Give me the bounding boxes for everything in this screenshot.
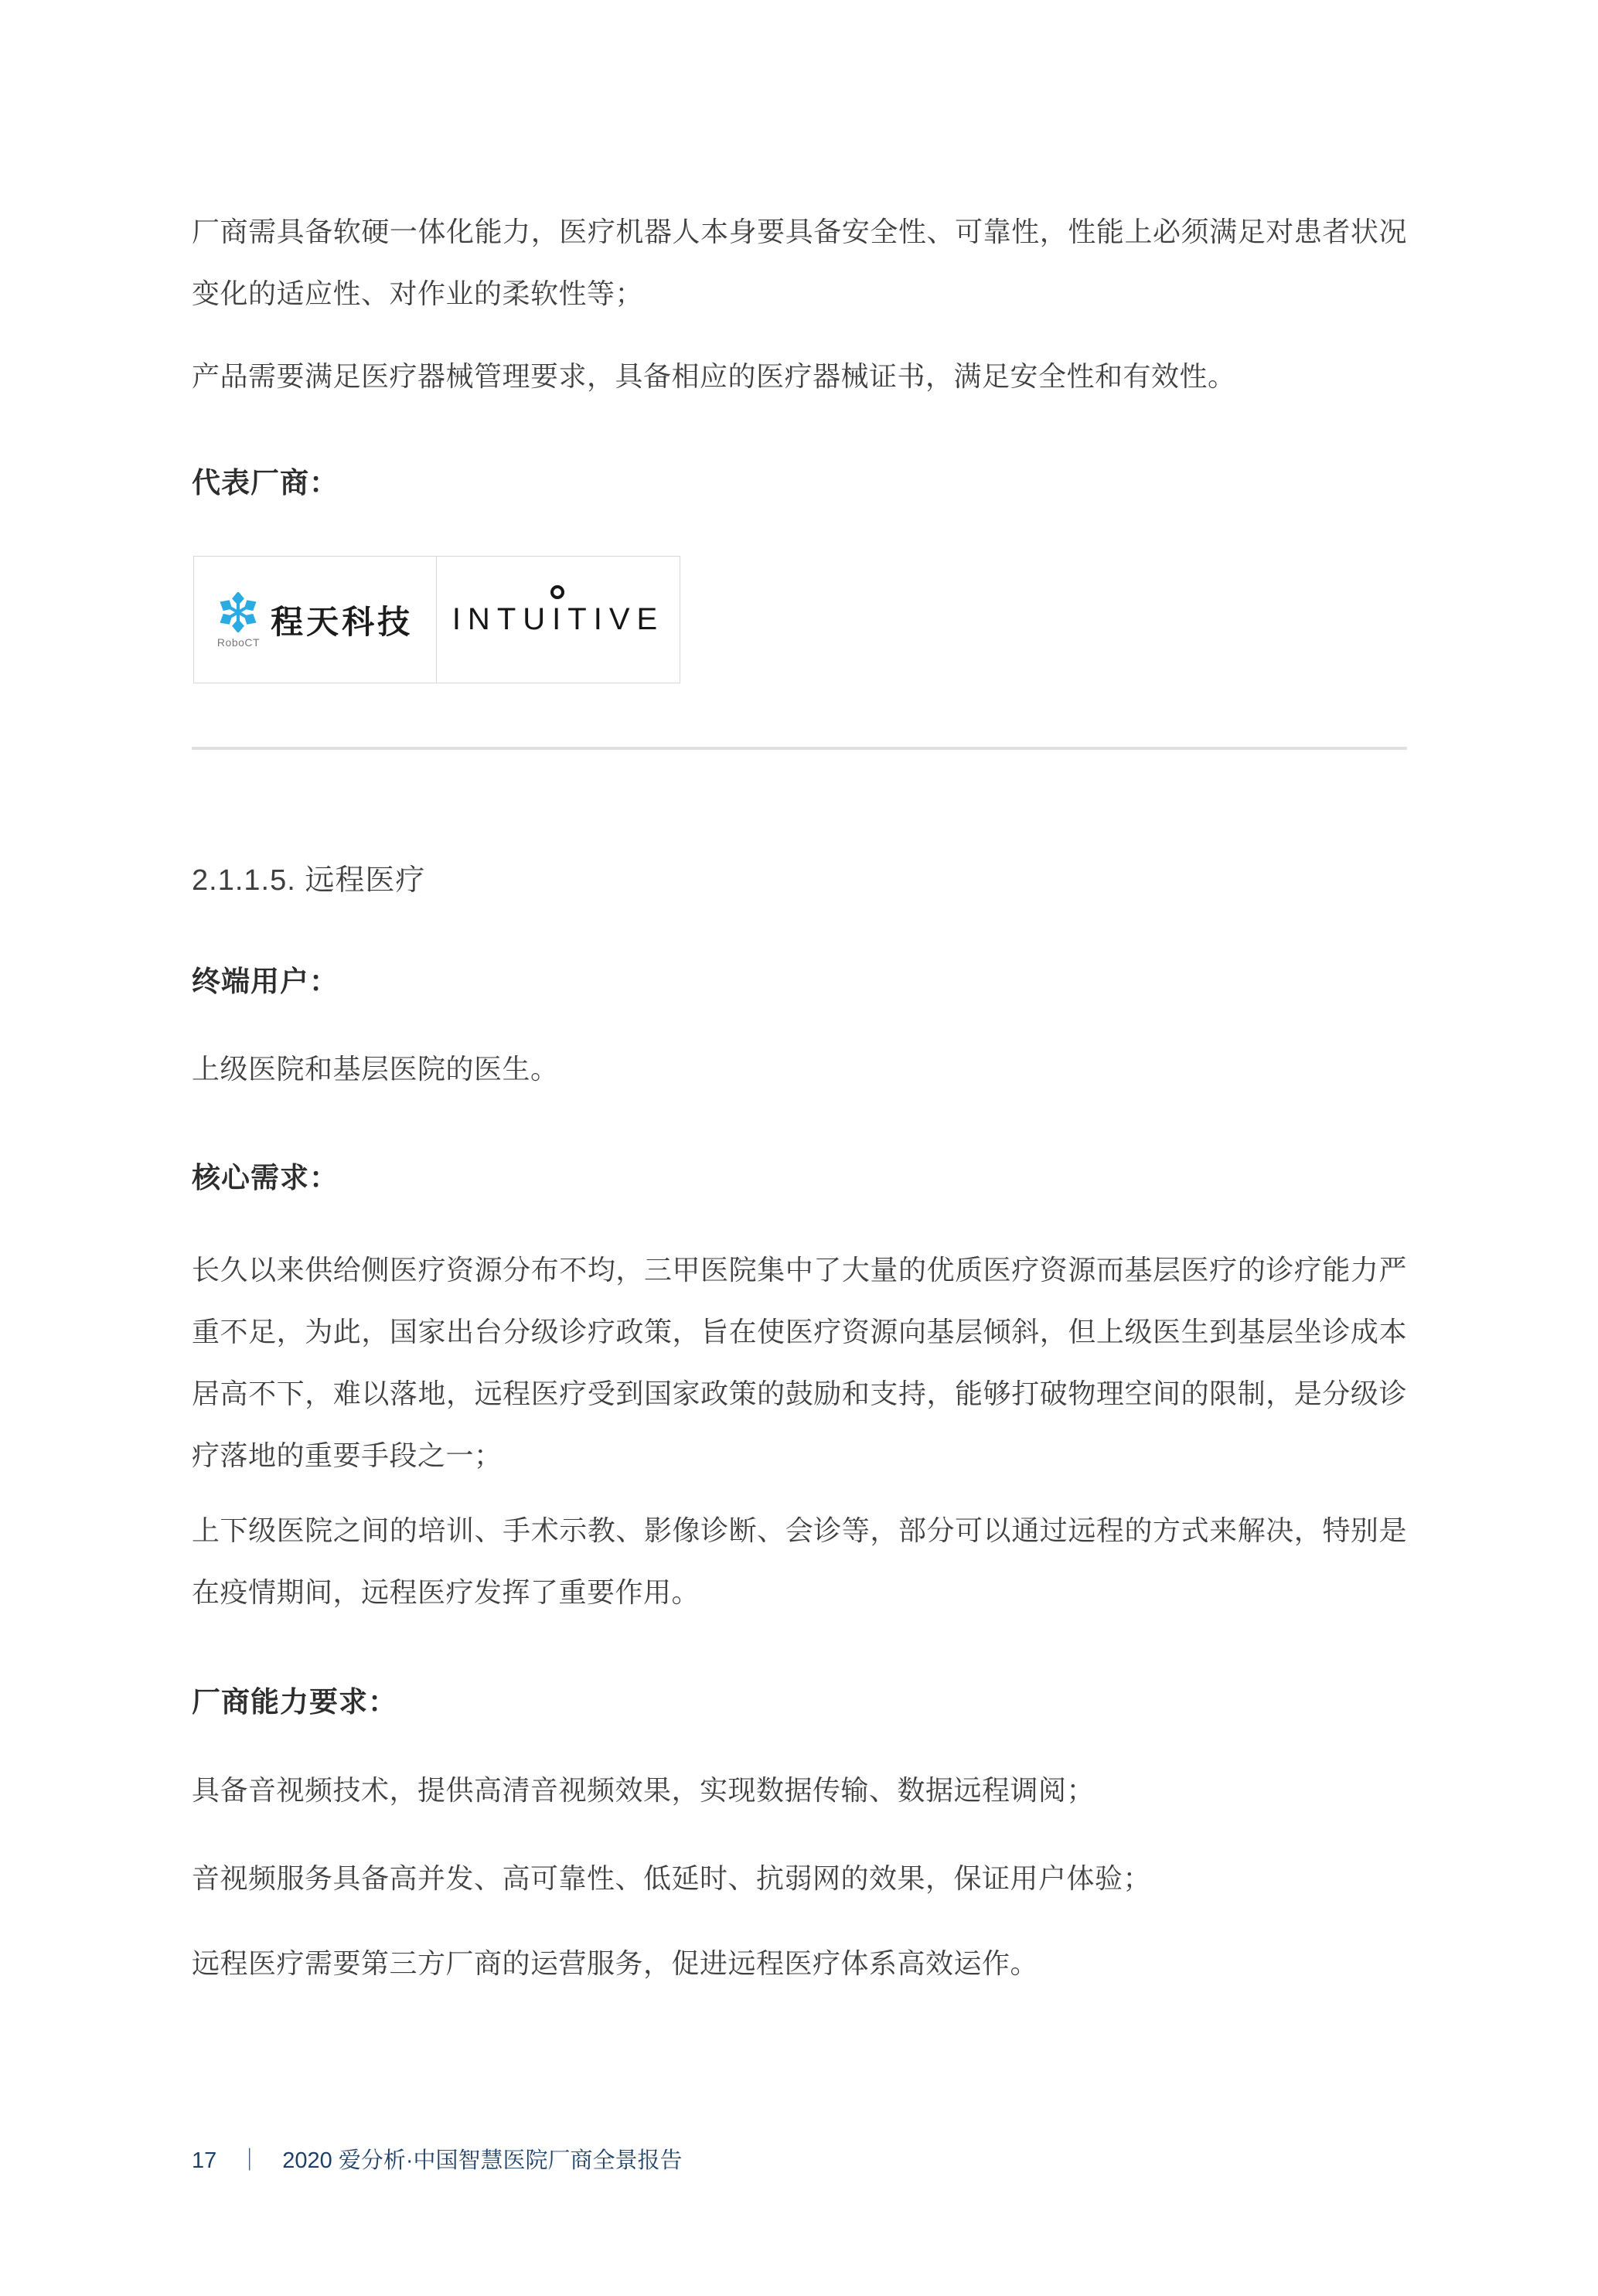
intuitive-dotted-i-letter: I <box>552 602 567 636</box>
heading-end-users: 终端用户： <box>192 951 1407 1013</box>
paragraph-robot-requirements: 厂商需具备软硬一体化能力，医疗机器人本身要具备安全性、可靠性，性能上必须满足对患… <box>192 201 1407 325</box>
paragraph-device-certification: 产品需要满足医疗器械管理要求，具备相应的医疗器械证书，满足安全性和有效性。 <box>192 346 1407 407</box>
paragraph-capability-1: 具备音视频技术，提供高清音视频效果，实现数据传输、数据远程调阅； <box>192 1759 1407 1821</box>
intuitive-dotted-i: I <box>552 602 567 637</box>
paragraph-end-users: 上级医院和基层医院的医生。 <box>192 1038 1407 1100</box>
heading-core-needs: 核心需求： <box>192 1147 1407 1209</box>
paragraph-core-needs-1: 长久以来供给侧医疗资源分布不均，三甲医院集中了大量的优质医疗资源而基层医疗的诊疗… <box>192 1239 1407 1487</box>
heading-vendor-capabilities: 厂商能力要求： <box>192 1671 1407 1733</box>
vendor-cell-roboct: RoboCT 程天科技 <box>194 557 437 683</box>
roboct-cn-label: 程天科技 <box>271 597 413 643</box>
roboct-snowflake-icon <box>218 592 258 636</box>
section-divider <box>192 747 1407 750</box>
page-footer: 17 ｜ 2020 爱分析·中国智慧医院厂商全景报告 <box>192 2143 683 2178</box>
section-title: 2.1.1.5. 远程医疗 <box>192 850 1407 911</box>
roboct-logo: RoboCT <box>217 592 260 648</box>
vendor-logo-table: RoboCT 程天科技 INTUITIVE <box>193 556 680 683</box>
paragraph-capability-2: 音视频服务具备高并发、高可靠性、低延时、抗弱网的效果，保证用户体验； <box>192 1848 1407 1909</box>
intuitive-logo-wordmark: INTUITIVE <box>452 602 664 637</box>
intuitive-wordmark-post: TIVE <box>567 602 664 636</box>
roboct-en-label: RoboCT <box>217 637 260 648</box>
intuitive-wordmark-pre: INTU <box>452 602 552 636</box>
footer-report-title: 2020 爱分析·中国智慧医院厂商全景报告 <box>282 2143 682 2178</box>
paragraph-core-needs-2: 上下级医院之间的培训、手术示教、影像诊断、会诊等，部分可以通过远程的方式来解决，… <box>192 1500 1407 1623</box>
footer-separator: ｜ <box>238 2143 261 2178</box>
footer-page-number: 17 <box>192 2143 216 2178</box>
heading-representative-vendors: 代表厂商： <box>192 452 1407 514</box>
intuitive-ring-icon <box>550 585 564 599</box>
vendor-cell-intuitive: INTUITIVE <box>437 557 680 683</box>
report-page: 厂商需具备软硬一体化能力，医疗机器人本身要具备安全性、可靠性，性能上必须满足对患… <box>0 0 1598 2296</box>
paragraph-capability-3: 远程医疗需要第三方厂商的运营服务，促进远程医疗体系高效运作。 <box>192 1933 1407 1995</box>
